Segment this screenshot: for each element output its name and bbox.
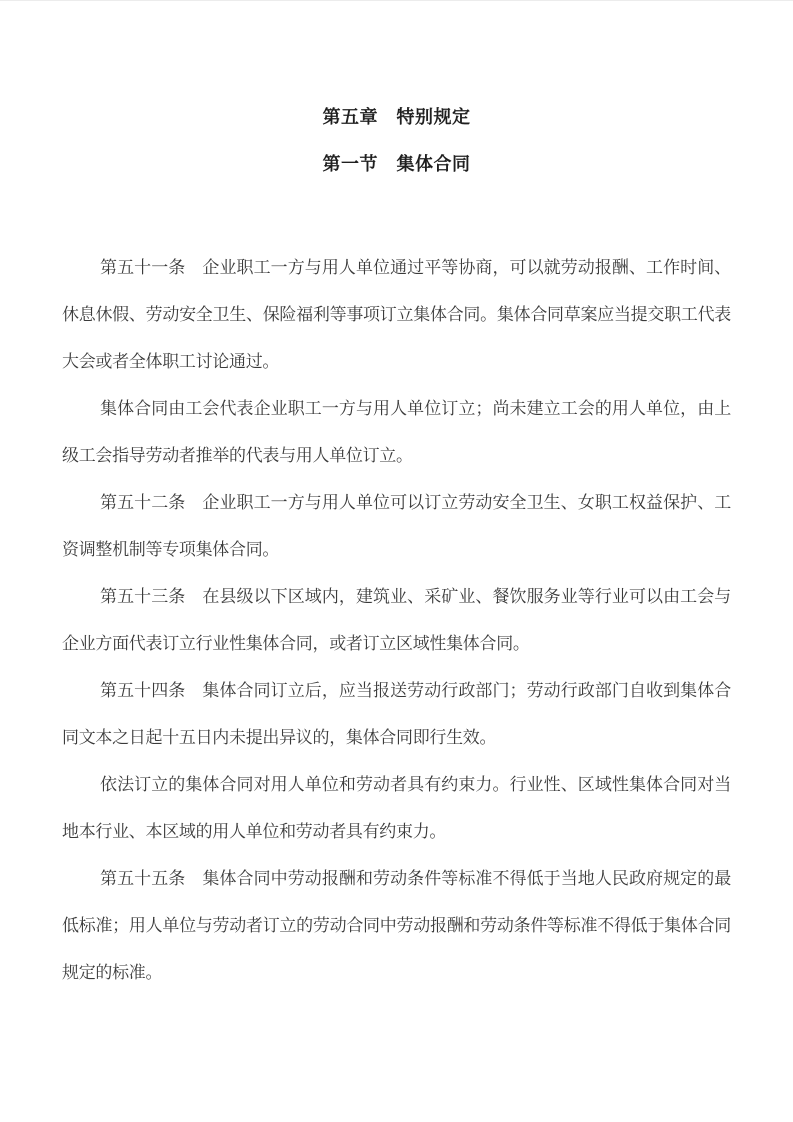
body-paragraph-article-52: 第五十二条 企业职工一方与用人单位可以订立劳动安全卫生、女职工权益保护、工资调整… [62, 479, 731, 573]
body-paragraph-article-53: 第五十三条 在县级以下区域内，建筑业、采矿业、餐饮服务业等行业可以由工会与企业方… [62, 573, 731, 667]
body-paragraph-article-51: 第五十一条 企业职工一方与用人单位通过平等协商，可以就劳动报酬、工作时间、休息休… [62, 244, 731, 385]
chapter-heading: 第五章 特别规定 [62, 94, 731, 141]
document-page: 第五章 特别规定 第一节 集体合同 第五十一条 企业职工一方与用人单位通过平等协… [0, 0, 793, 1122]
section-heading: 第一节 集体合同 [62, 141, 731, 188]
body-paragraph-article-54-continued: 依法订立的集体合同对用人单位和劳动者具有约束力。行业性、区域性集体合同对当地本行… [62, 761, 731, 855]
body-paragraph-article-54: 第五十四条 集体合同订立后，应当报送劳动行政部门；劳动行政部门自收到集体合同文本… [62, 667, 731, 761]
document-body: 第五十一条 企业职工一方与用人单位通过平等协商，可以就劳动报酬、工作时间、休息休… [62, 244, 731, 996]
body-paragraph-article-55: 第五十五条 集体合同中劳动报酬和劳动条件等标准不得低于当地人民政府规定的最低标准… [62, 855, 731, 996]
body-paragraph-article-51-continued: 集体合同由工会代表企业职工一方与用人单位订立；尚未建立工会的用人单位，由上级工会… [62, 385, 731, 479]
